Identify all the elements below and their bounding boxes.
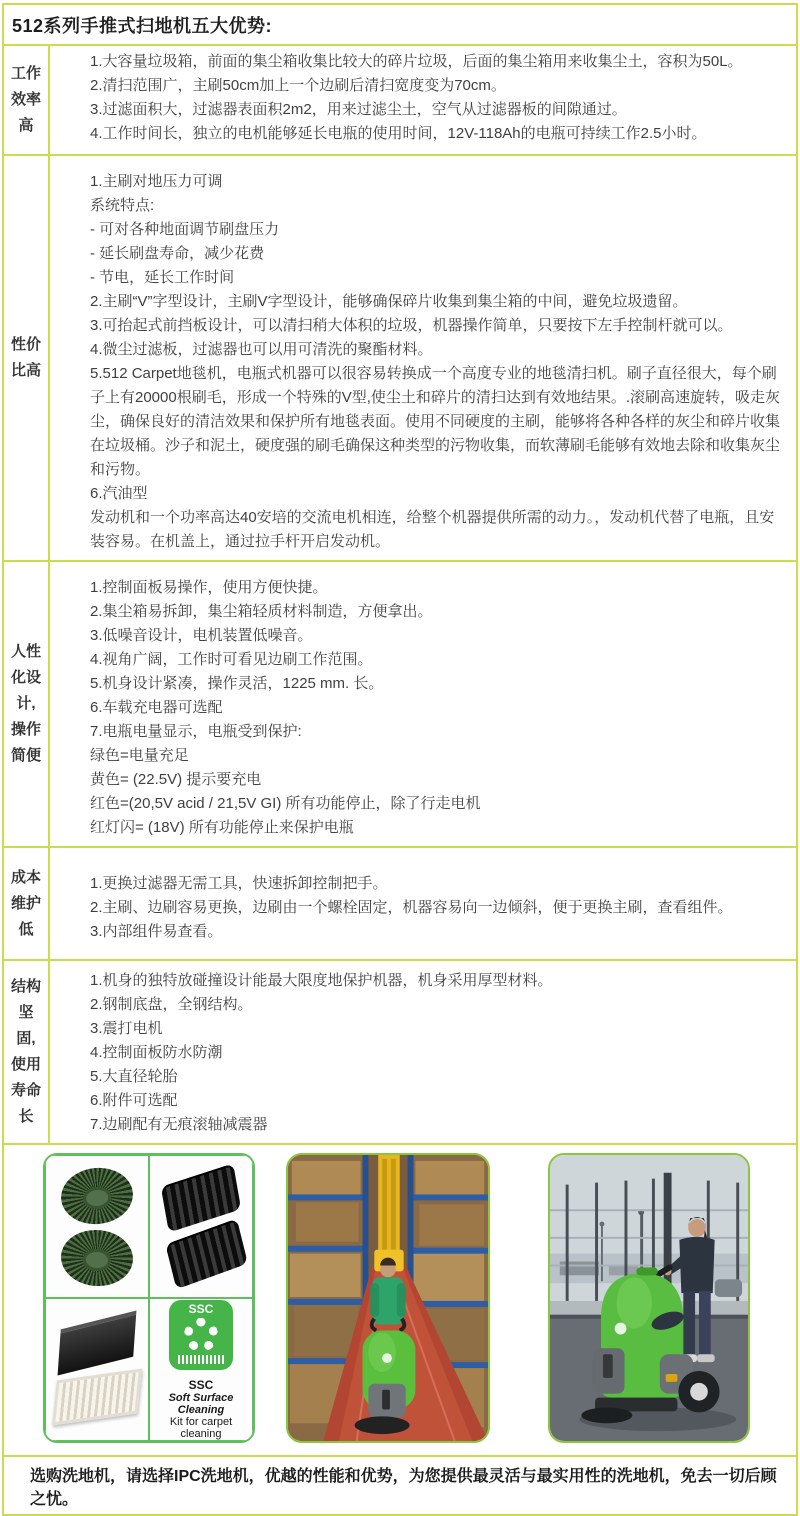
footer-slogan: 选购洗地机，请选择IPC洗地机，优越的性能和优势，为您提供最灵活与最实用性的洗地… <box>4 1457 796 1514</box>
ssc-roller-graphic <box>184 1318 218 1352</box>
content-line: 1.控制面板易操作，使用方便快捷。 <box>90 576 782 600</box>
ssc-caption-title: SSC <box>150 1378 252 1392</box>
table-row: 工作 效率 高 1.大容量垃圾箱，前面的集尘箱收集比较大的碎片垃圾，后面的集尘箱… <box>4 46 796 156</box>
ssc-caption: SSC Soft Surface Cleaning Kit for carpet… <box>150 1378 252 1440</box>
side-brush-icon <box>59 1227 135 1288</box>
product-gallery-row: SSC SSC Soft Surface Cleaning Kit for ca… <box>4 1145 796 1457</box>
content-line: 6.车载充电器可选配 <box>90 696 782 720</box>
content-line: 1.机身的独特放碰撞设计能最大限度地保护机器，机身采用厚型材料。 <box>90 969 782 993</box>
content-line: 3.震打电机 <box>90 1017 782 1041</box>
content-line: 1.主刷对地压力可调 <box>90 170 782 194</box>
content-line: 2.集尘箱易拆卸，集尘箱轻质材料制造，方便拿出。 <box>90 600 782 624</box>
content-line: 1.大容量垃圾箱，前面的集尘箱收集比较大的碎片垃圾，后面的集尘箱用来收集尘土，容… <box>90 50 782 74</box>
row-content: 1.控制面板易操作，使用方便快捷。2.集尘箱易拆卸，集尘箱轻质材料制造，方便拿出… <box>50 562 796 846</box>
content-line: 3.内部组件易查看。 <box>90 920 782 944</box>
content-line: 系统特点: <box>90 194 782 218</box>
content-line: 6.汽油型 <box>90 482 782 506</box>
content-line: 5.512 Carpet地毯机，电瓶式机器可以很容易转换成一个高度专业的地毯清扫… <box>90 362 782 482</box>
content-line: 黄色= (22.5V) 提示要充电 <box>90 768 782 792</box>
content-line: 3.过滤面积大，过滤器表面积2m2，用来过滤尘土，空气从过滤器板的间隙通过。 <box>90 98 782 122</box>
row-content: 1.大容量垃圾箱，前面的集尘箱收集比较大的碎片垃圾，后面的集尘箱用来收集尘土，容… <box>50 46 796 154</box>
content-line: 2.清扫范围广，主刷50cm加上一个边刷后清扫宽度变为70cm。 <box>90 74 782 98</box>
dark-filter-panel-icon <box>58 1310 137 1375</box>
warehouse-sweeper-photo <box>286 1153 490 1443</box>
content-line: 4.控制面板防水防潮 <box>90 1041 782 1065</box>
side-brush-icon <box>58 1164 135 1227</box>
content-line: 4.工作时间长，独立的电机能够延长电瓶的使用时间，12V-118Ah的电瓶可持续… <box>90 122 782 146</box>
content-line: 2.主刷、边刷容易更换，边刷由一个螺栓固定，机器容易向一边倾斜，便于更换主刷，查… <box>90 896 782 920</box>
table-row: 成本 维护 低 1.更换过滤器无需工具，快速拆卸控制把手。2.主刷、边刷容易更换… <box>4 848 796 961</box>
table-row: 性价 比高 1.主刷对地压力可调系统特点:- 可对各种地面调节刷盘压力- 延长刷… <box>4 156 796 562</box>
content-line: 3.可抬起式前挡板设计，可以清扫稍大体积的垃圾，机器操作简单，只要按下左手控制杆… <box>90 314 782 338</box>
row-heading: 性价 比高 <box>4 156 50 560</box>
content-line: - 节电，延长工作时间 <box>90 266 782 290</box>
content-line: 7.电瓶电量显示，电瓶受到保护: <box>90 720 782 744</box>
ssc-caption-note: Kit for carpet cleaning <box>150 1416 252 1440</box>
content-line: 4.视角广阔，工作时可看见边刷工作范围。 <box>90 648 782 672</box>
ssc-bristle-graphic <box>178 1355 224 1364</box>
row-heading: 工作 效率 高 <box>4 46 50 154</box>
row-content: 1.主刷对地压力可调系统特点:- 可对各种地面调节刷盘压力- 延长刷盘寿命，减少… <box>50 156 796 560</box>
content-line: 2.主刷“V”字型设计，主刷V字型设计，能够确保碎片收集到集尘箱的中间，避免垃圾… <box>90 290 782 314</box>
accessories-grid: SSC SSC Soft Surface Cleaning Kit for ca… <box>43 1153 255 1443</box>
outdoor-sweeper-photo <box>548 1153 750 1443</box>
content-line: 2.钢制底盘，全钢结构。 <box>90 993 782 1017</box>
page-title: 512系列手推式扫地机五大优势: <box>4 5 796 46</box>
content-line: 红灯闪= (18V) 所有功能停止来保护电瓶 <box>90 816 782 840</box>
table-row: 人性 化设 计, 操作 简便 1.控制面板易操作，使用方便快捷。2.集尘箱易拆卸… <box>4 562 796 848</box>
content-line: - 可对各种地面调节刷盘压力 <box>90 218 782 242</box>
content-line: 3.低噪音设计，电机装置低噪音。 <box>90 624 782 648</box>
content-line: - 延长刷盘寿命，减少花费 <box>90 242 782 266</box>
white-filter-panel-icon <box>52 1368 142 1425</box>
ssc-kit-cell: SSC SSC Soft Surface Cleaning Kit for ca… <box>149 1298 253 1441</box>
filter-panels-image <box>45 1298 149 1441</box>
content-line: 4.微尘过滤板，过滤器也可以用可清洗的聚酯材料。 <box>90 338 782 362</box>
ssc-caption-subtitle: Soft Surface Cleaning <box>150 1392 252 1416</box>
row-content: 1.更换过滤器无需工具，快速拆卸控制把手。2.主刷、边刷容易更换，边刷由一个螺栓… <box>50 848 796 959</box>
row-heading: 结构 坚 固, 使用 寿命 长 <box>4 961 50 1143</box>
content-line: 5.机身设计紧凑，操作灵活，1225 mm. 长。 <box>90 672 782 696</box>
side-brushes-image <box>45 1155 149 1298</box>
row-heading: 人性 化设 计, 操作 简便 <box>4 562 50 846</box>
ssc-badge-icon: SSC <box>169 1300 233 1370</box>
content-line: 红色=(20,5V acid / 21,5V GI) 所有功能停止，除了行走电机 <box>90 792 782 816</box>
advantages-table: 工作 效率 高 1.大容量垃圾箱，前面的集尘箱收集比较大的碎片垃圾，后面的集尘箱… <box>4 46 796 1145</box>
row-content: 1.机身的独特放碰撞设计能最大限度地保护机器，机身采用厚型材料。2.钢制底盘，全… <box>50 961 796 1143</box>
content-line: 5.大直径轮胎 <box>90 1065 782 1089</box>
content-line: 发动机和一个功率高达40安培的交流电机相连，给整个机器提供所需的动力。，发动机代… <box>90 506 782 554</box>
warehouse-photo-illustration <box>288 1155 488 1441</box>
content-line: 7.边刷配有无痕滚轴减震器 <box>90 1113 782 1137</box>
product-advantages-document: 512系列手推式扫地机五大优势: 工作 效率 高 1.大容量垃圾箱，前面的集尘箱… <box>2 3 798 1516</box>
content-line: 绿色=电量充足 <box>90 744 782 768</box>
content-line: 1.更换过滤器无需工具，快速拆卸控制把手。 <box>90 872 782 896</box>
table-row: 结构 坚 固, 使用 寿命 长 1.机身的独特放碰撞设计能最大限度地保护机器，机… <box>4 961 796 1145</box>
row-heading: 成本 维护 低 <box>4 848 50 959</box>
main-roller-brushes-image <box>149 1155 253 1298</box>
ssc-badge-label: SSC <box>189 1303 214 1316</box>
outdoor-photo-illustration <box>550 1155 748 1441</box>
content-line: 6.附件可选配 <box>90 1089 782 1113</box>
